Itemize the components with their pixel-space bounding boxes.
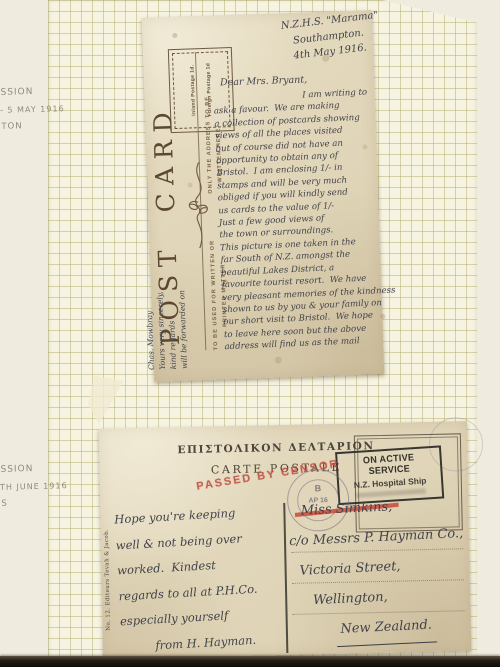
margin-annotation-may-1916: SSION- 5 MAY 1916TON — [0, 83, 65, 136]
text-line: Wellington, — [312, 583, 388, 616]
publisher-imprint: No. 12. Editeurs Tevah & Jacob. — [103, 513, 112, 631]
handwritten-message: Hope you're keepingwell & not being over… — [114, 498, 290, 660]
text-line: New Zealand. — [336, 610, 437, 647]
text-line: Miss Simkins, — [294, 492, 399, 527]
text-line: SSION — [0, 460, 67, 479]
scan-dark-edge — [0, 656, 500, 667]
handwritten-message-body: I am writing toask a favour. We are maki… — [213, 86, 383, 353]
postcard-bottom: ΕΠΙΣΤΟΛΙΚΟΝ ΔΕΛΤΑΡΙΟΝ CARTE POSTALE No. … — [99, 421, 472, 659]
postmark-code: B — [288, 483, 348, 494]
foxing-stains — [172, 33, 177, 38]
handwritten-signoff-rotated: will be forwarded onkind regardsYours ve… — [142, 265, 190, 370]
album-page-scan: SSION- 5 MAY 1916TON SSIONTH JUNE 1916S … — [0, 0, 500, 667]
text-line: will be forwarded on — [175, 265, 190, 369]
handwritten-address: Miss Simkins,c/o Messrs P. Hayman Co.,Vi… — [286, 489, 471, 649]
text-line: S — [1, 494, 68, 513]
text-line: TON — [1, 117, 65, 136]
postcard-top: Inland Postage 1d. Foreign Postage 1d PO… — [142, 10, 385, 382]
text-line: TH JUNE 1916 — [0, 477, 68, 496]
handwritten-header: N.Z.H.S. "Marama"Southampton.4th May 191… — [280, 9, 377, 66]
active-service-line1: ON ACTIVE SERVICE — [342, 451, 436, 479]
text-line: Victoria Street, — [299, 552, 401, 587]
text-line: SSION — [0, 83, 64, 102]
handwritten-salutation: Dear Mrs. Bryant, — [220, 74, 307, 88]
margin-annotation-june-1916: SSIONTH JUNE 1916S — [0, 460, 68, 513]
rule-matter-line1: TO BE USED FOR WRITTEN OR — [209, 240, 220, 351]
text-line: - 5 MAY 1916 — [0, 100, 65, 119]
